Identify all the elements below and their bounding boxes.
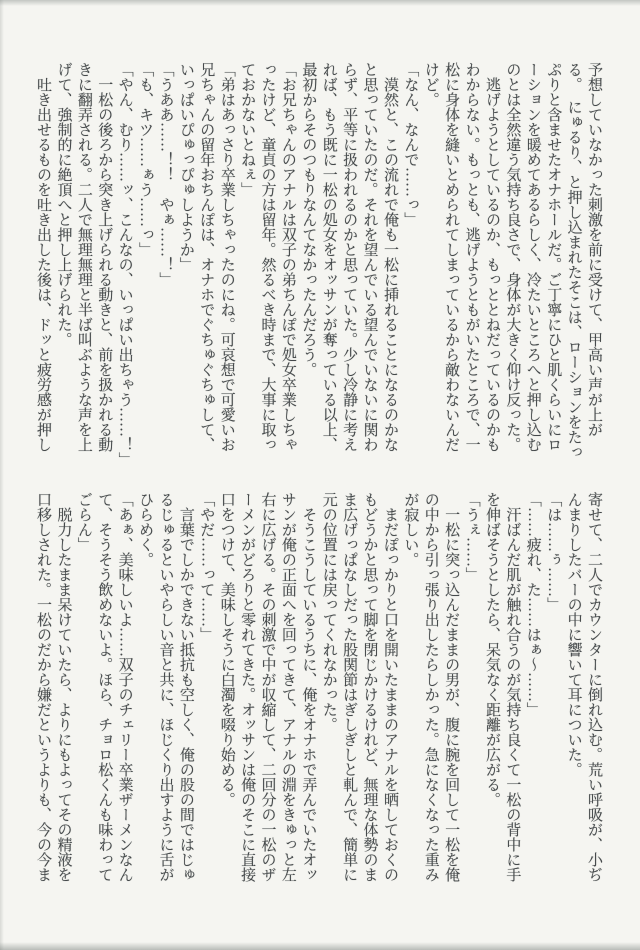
scan-artifact-left-edge (0, 0, 4, 950)
text-line: ったけど、童貞の方は留年。然るべき時まで、大事に取っ (257, 62, 277, 476)
text-line: まだぽっかりと口を開いたままのアナルを晒しておくの (380, 492, 400, 906)
text-line: 言葉でしかできない抵抗も空しく、俺の股の間ではじゅ (175, 492, 195, 906)
text-line: そうこうしているうちに、俺をオナホで弄んでいたオッ (298, 492, 318, 906)
scanned-book-page: 予想していなかった刺激を前に受けて、甲高い声が上がる。 にゅるり、と押し込まれた… (0, 0, 640, 950)
text-line: 口をつけて、美味しそうに白濁を啜り始める。 (216, 492, 236, 906)
text-line: げて、強制的に絶頂へと押し上げられた。 (53, 62, 73, 476)
text-line: サンが俺の正面へを回ってきて、アナルの淵をきゅっと左 (278, 492, 298, 906)
text-line: ま広げっぱなしだった股関節はぎしぎしと軋んで、簡単に (339, 492, 359, 906)
scan-artifact-bottom-edge (0, 942, 640, 950)
text-block-bottom: 寄せて、二人でカウンターに倒れ込む。荒い呼吸が、小ぢんまりしたバーの中に響いて耳… (30, 492, 604, 906)
text-line: 「うぇ……」 (461, 492, 481, 906)
text-line: 「も、キツ……ぁう……っ」 (135, 62, 155, 476)
text-line: 「……疲れ、た……はぁ～……」 (522, 492, 542, 906)
text-line: いっぱいぴゅっぴゅしようか」 (175, 62, 195, 476)
text-line: わからない。もっとも、逃げようともがいたところで、一 (461, 62, 481, 476)
text-line: 「うああ……！！ やぁ……！」 (155, 62, 175, 476)
text-line: 寄せて、二人でカウンターに倒れ込む。荒い呼吸が、小ぢ (584, 492, 604, 906)
text-line: ひらめく。 (135, 492, 155, 906)
text-line: 「は……ぅ……」 (543, 492, 563, 906)
text-line: 逃げようとしているのか、もっととねだっているのかも (482, 62, 502, 476)
text-line: 「お兄ちゃんのアナルは双子の弟ちんぽで処女卒業しちゃ (278, 62, 298, 476)
text-line: 漠然と、この流れで俺も一松に挿れることになるのかな (380, 62, 400, 476)
text-line: 最初からそのつもりなんてなかったんだろう。 (298, 62, 318, 476)
text-line: ごらん」 (73, 492, 93, 906)
text-line: 「弟はあっさり卒業しちゃったのにね。可哀想で可愛いお (216, 62, 236, 476)
text-line: の中から引っ張り出したらしかった。急になくなった重み (420, 492, 440, 906)
text-line: 一松に突っ込んだままの男が、腹に腕を回して一松を俺 (441, 492, 461, 906)
text-block-top: 予想していなかった刺激を前に受けて、甲高い声が上がる。 にゅるり、と押し込まれた… (30, 62, 604, 476)
text-line: を伸ばそうとしたら、呆気なく距離が広がる。 (482, 492, 502, 906)
text-line: 「あぁ、美味しいよ……双子のチェリー卒業ザーメンなん (114, 492, 134, 906)
text-line: ぷりと含ませたオナホールだ。ご丁寧にひと肌くらいにロ (543, 62, 563, 476)
text-line: 「やん、むり……ッ、こんなの、いっぱい出ちゃう……！」 (114, 62, 134, 476)
text-line: が寂しい。 (400, 492, 420, 906)
text-line: らず、平等に扱われるのかと思っていた。少し冷静に考え (339, 62, 359, 476)
text-line: んまりしたバーの中に響いて耳についた。 (563, 492, 583, 906)
text-line: 予想していなかった刺激を前に受けて、甲高い声が上が (584, 62, 604, 476)
text-line: 元の位置には戻ってくれなかった。 (318, 492, 338, 906)
text-line: 一松の後ろから突き上げられる動きと、前を扱かれる動 (94, 62, 114, 476)
text-line: もどうかと思って脚を閉じかけるけれど、無理な体勢のま (359, 492, 379, 906)
text-line: 脱力したまま呆けていたら、よりにもよってその精液を (53, 492, 73, 906)
text-line: ーメンがどろりと零れてきた。オッサンは俺のそこに直接 (237, 492, 257, 906)
text-line: 右に広げる。その刺激で中が収縮して、二回分の一松のザ (257, 492, 277, 906)
text-line: る。 にゅるり、と押し込まれたそこは、ローションをたっ (563, 62, 583, 476)
text-line: ておかないとねぇ」 (237, 62, 257, 476)
text-line: て、そうそう飲めないよ。ほら、チョロ松くんも味わって (94, 492, 114, 906)
text-line: 吐き出せるものを吐き出した後は、ドッと疲労感が押し (33, 62, 53, 476)
text-line: れば、もう既に一松の処女をオッサンが奪っている以上、 (318, 62, 338, 476)
text-line: と思っていたのだ。それを望んでいる望んでいないに関わ (359, 62, 379, 476)
text-line: のとは全然違う気持ち良さで、身体が大きく仰け反った。 (502, 62, 522, 476)
text-line: 兄ちゃんの留年おちんぽは、オナホでぐちゅぐちゅして、 (196, 62, 216, 476)
text-line: 汗ばんだ肌が触れ合うのが気持ち良くて一松の背中に手 (502, 492, 522, 906)
text-line: るじゅるといやらしい音と共に、ほじくり出すように舌が (155, 492, 175, 906)
text-line: ーションを暖めてあるらしく、冷たいところへと押し込む (522, 62, 542, 476)
scan-artifact-top-edge (0, 0, 640, 6)
text-line: 松に身体を縫いとめられてしまっているから敵わないんだ (441, 62, 461, 476)
text-line: 「なん、なんで……っ」 (400, 62, 420, 476)
text-line: 「やだ……って……」 (196, 492, 216, 906)
text-line: けど。 (420, 62, 440, 476)
text-line: 口移しされた。一松のだから嫌だというよりも、今の今ま (33, 492, 53, 906)
text-line: きに翻弄される。二人で無理無理と半ば叫ぶような声を上 (73, 62, 93, 476)
